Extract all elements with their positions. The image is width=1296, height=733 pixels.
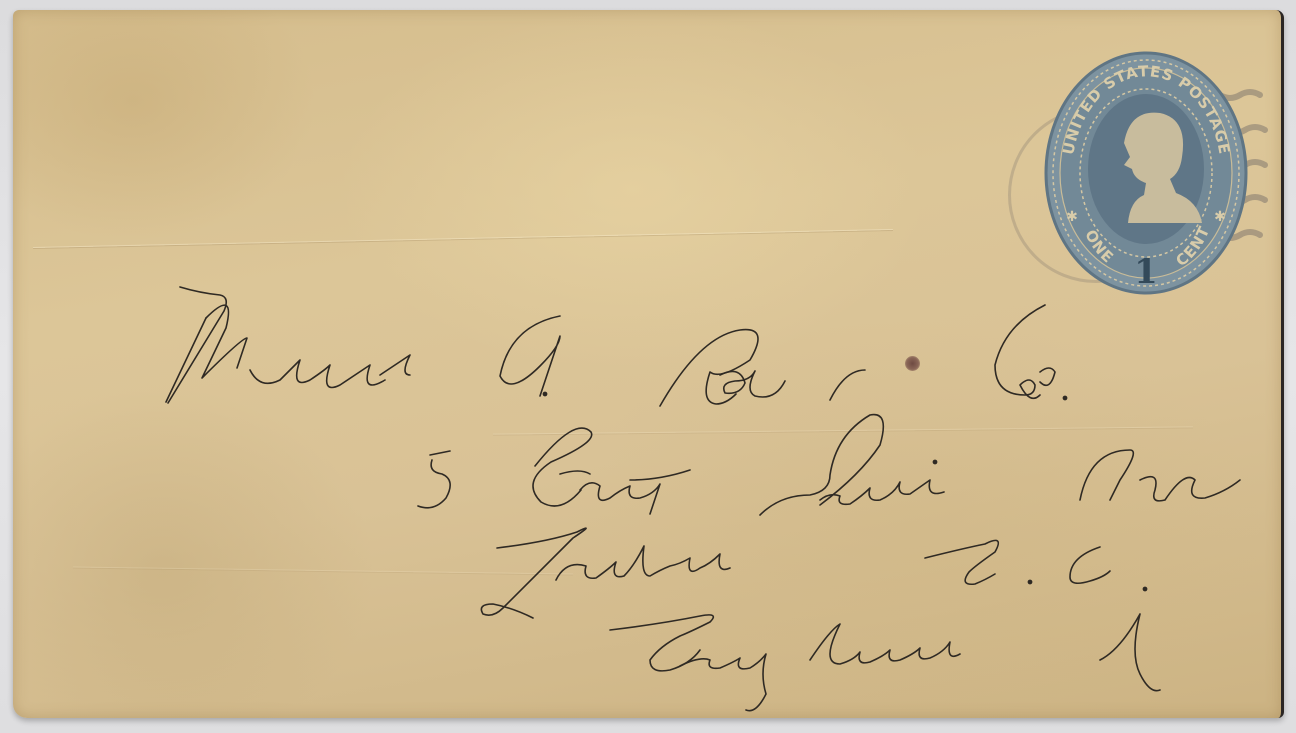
address-line-1-script [166, 287, 560, 403]
address-line-1b-script [660, 305, 1067, 406]
address-line-1: Messrs A. Ross & Co. [170, 300, 181, 301]
address-line-3: London E.C. [490, 540, 496, 541]
address-line-4: England [620, 620, 624, 621]
address-line-2-script [418, 415, 1240, 515]
address-line-3-script [481, 528, 1146, 618]
address-line-4-script [610, 614, 1160, 711]
handwritten-address [0, 0, 1296, 733]
address-line-2: 5 East India Ave [410, 440, 418, 441]
